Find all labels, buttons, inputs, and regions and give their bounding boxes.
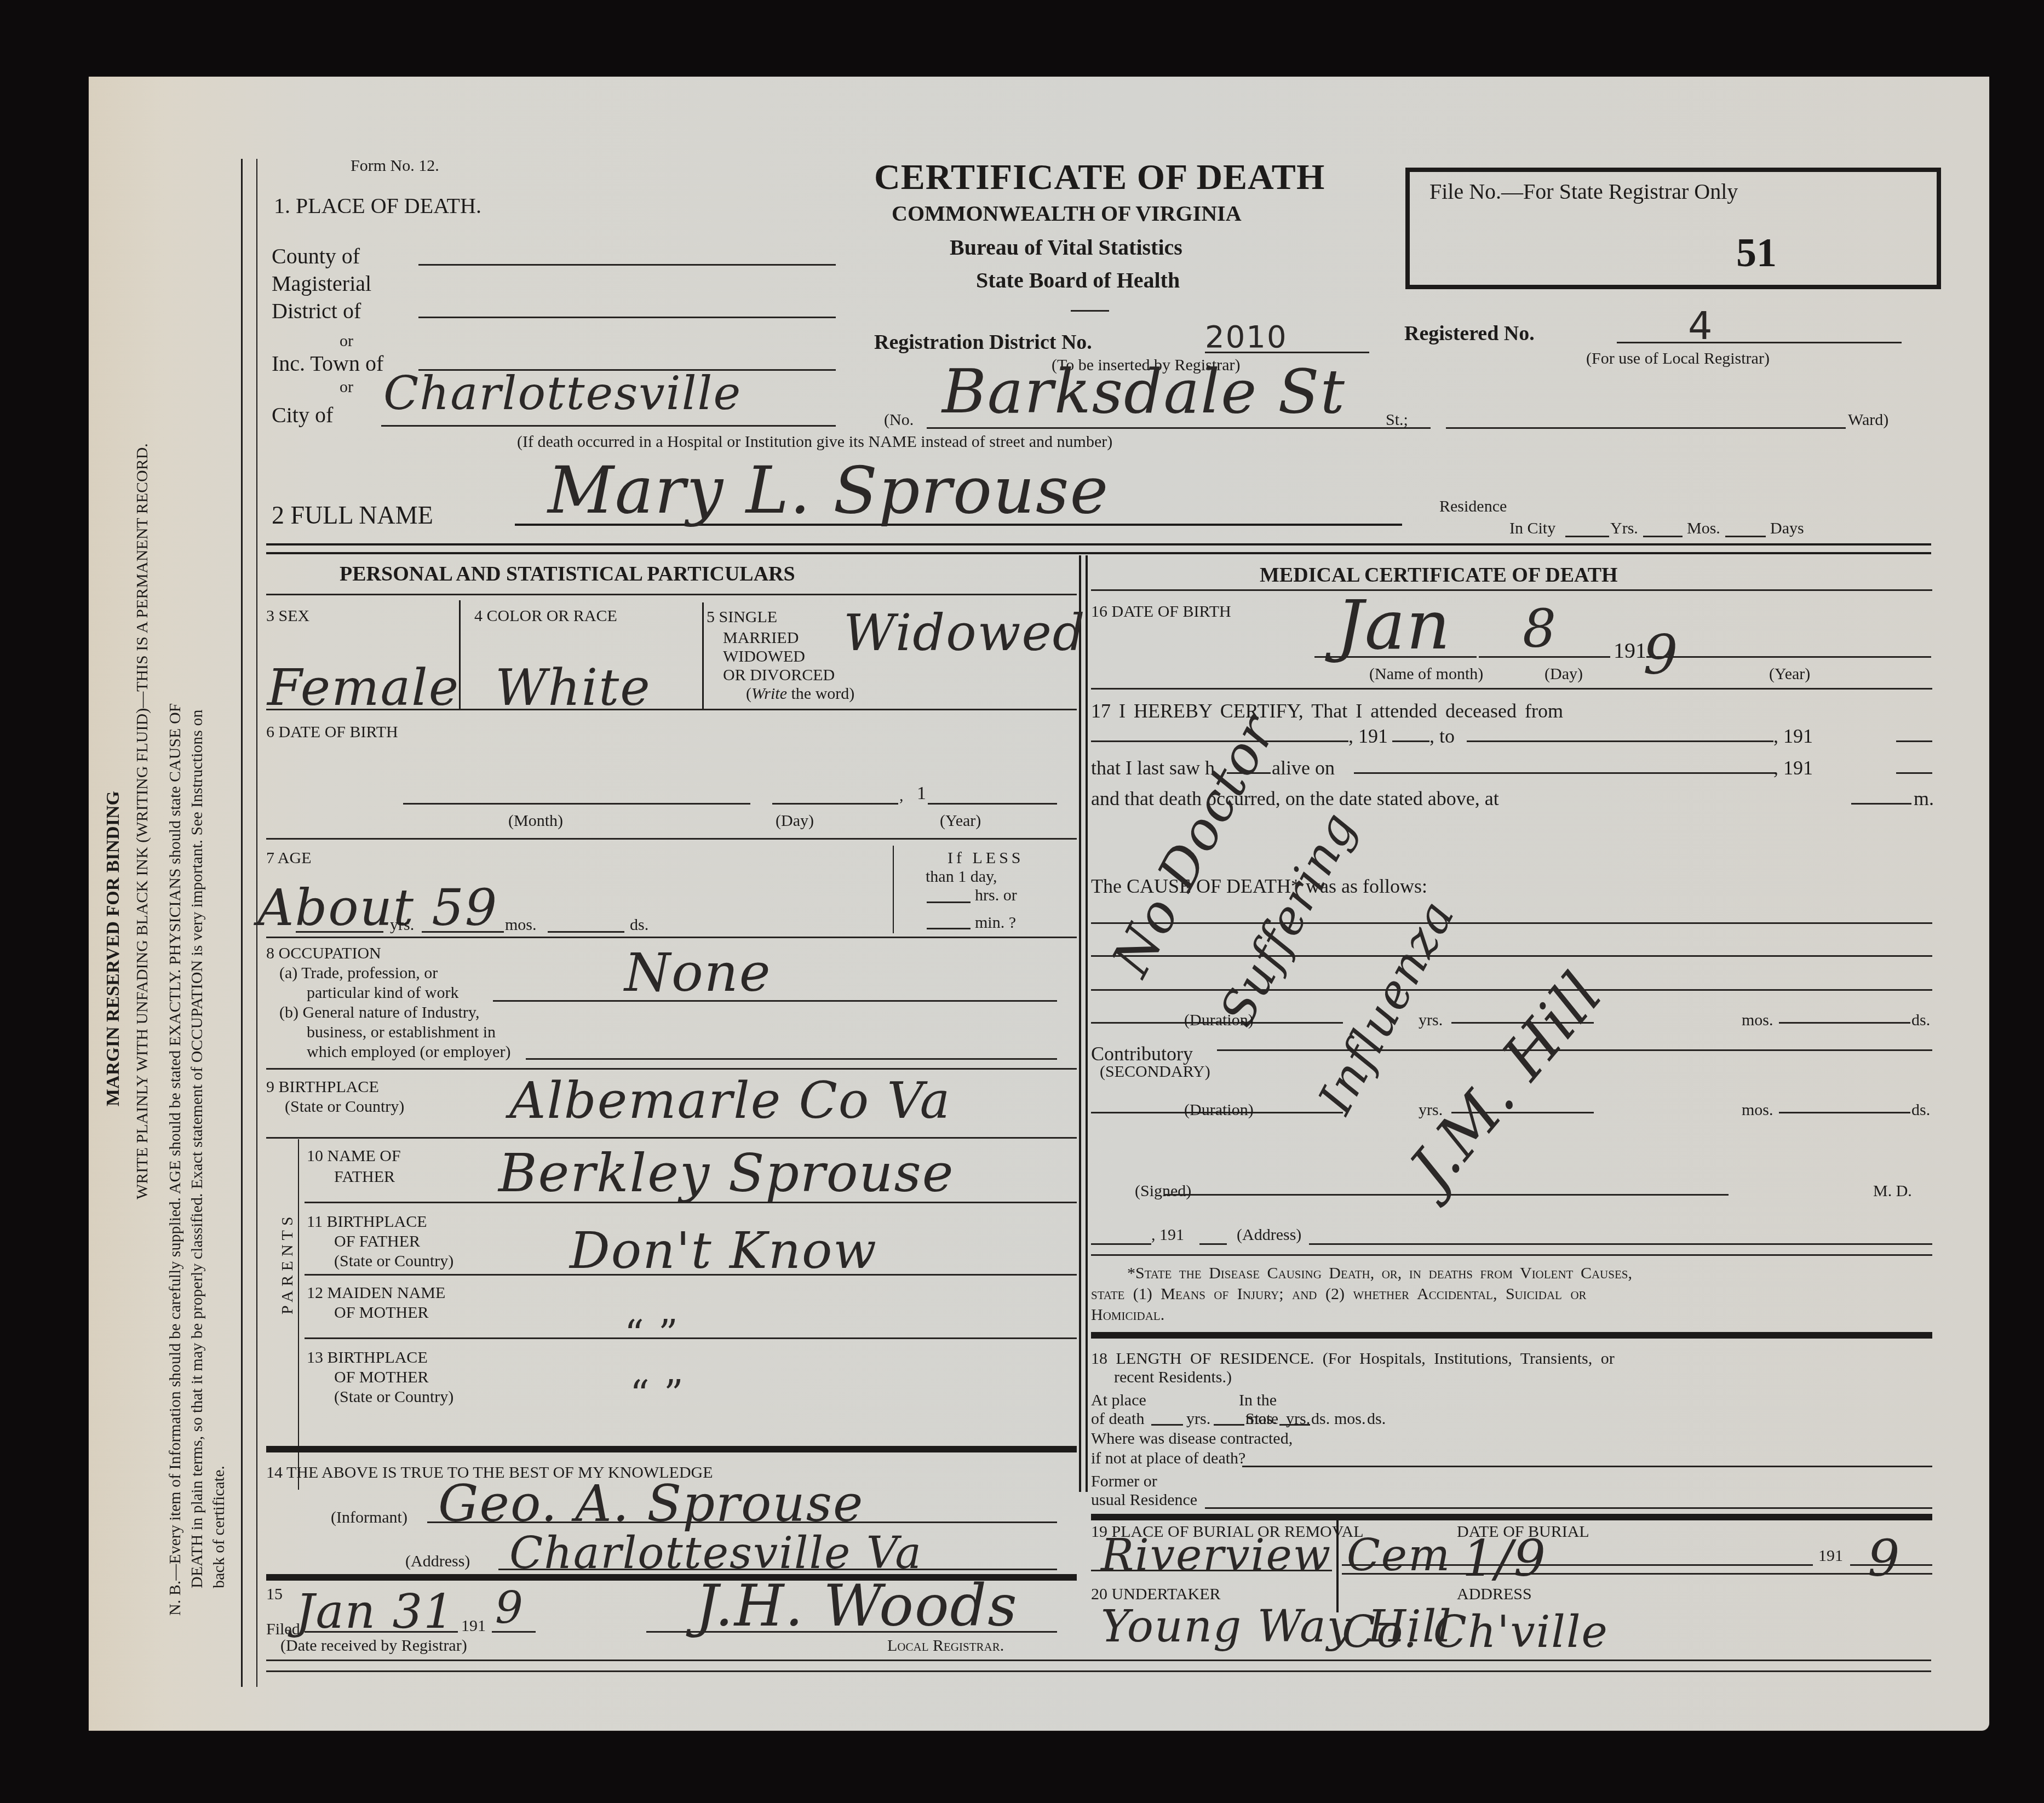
margin-nb-line1: N. B.—Every item of Information should b…: [167, 703, 183, 1616]
column-divider-left: [1079, 555, 1081, 1492]
row-rule-8: [305, 1202, 1077, 1203]
row-rule-4: [266, 838, 1077, 840]
medical-heading-rule: [1091, 589, 1932, 591]
less-hrs-line[interactable]: [927, 901, 971, 903]
age-ds-line[interactable]: [548, 931, 624, 933]
medical-rule-2: [1091, 688, 1932, 690]
cause-line-1[interactable]: [1091, 922, 1932, 924]
margin-nb-line3: back of certificate.: [211, 1466, 227, 1588]
father-label-1: 10 NAME OF: [307, 1148, 401, 1164]
where-contracted-label: Where was disease contracted,: [1091, 1431, 1293, 1447]
row-rule-6: [266, 1068, 1077, 1070]
medical-year-prefix: 191: [1614, 640, 1646, 662]
dob-day-caption: (Day): [776, 813, 814, 829]
medical-month-value[interactable]: Jan: [1336, 592, 1451, 659]
cause-line-3[interactable]: [1091, 989, 1932, 991]
occupation-b3: which employed (or employer): [307, 1044, 510, 1060]
registered-number-label: Registered No.: [1404, 323, 1535, 344]
signed-label: (Signed): [1135, 1183, 1191, 1199]
certify-191a-line[interactable]: [1392, 740, 1429, 742]
header-divider: [1071, 310, 1109, 312]
occupation-b-line[interactable]: [526, 1058, 1057, 1060]
birthplace-value[interactable]: Albemarle Co Va: [509, 1076, 951, 1126]
father-birthplace-value[interactable]: Don't Know: [570, 1226, 877, 1276]
county-label: County of: [272, 245, 360, 267]
burial-rule-2: [1342, 1573, 1932, 1575]
residence-label: Residence: [1439, 498, 1507, 515]
father-birthplace-label-2: OF FATHER: [334, 1233, 420, 1250]
informant-address-label: (Address): [405, 1553, 470, 1570]
section-divider-top-2: [266, 552, 1931, 554]
undertaker-label: 20 UNDERTAKER: [1091, 1586, 1221, 1603]
md-label: M. D.: [1873, 1183, 1912, 1199]
mother-value[interactable]: “ ”: [624, 1314, 679, 1353]
certify-alive-line[interactable]: [1354, 772, 1776, 774]
occupation-a-line[interactable]: [493, 1000, 1057, 1002]
row-rule-3: [266, 709, 1077, 710]
duration-2-ds-line[interactable]: [1779, 1112, 1910, 1113]
marital-divorced: OR DIVORCED: [723, 667, 835, 684]
residence-rule: [1091, 1332, 1932, 1339]
street-number-label: (No.: [884, 412, 914, 428]
mother-birthplace-value[interactable]: “ ”: [630, 1375, 685, 1413]
mother-label-1: 12 MAIDEN NAME: [307, 1285, 445, 1301]
ward-label: Ward): [1848, 412, 1888, 428]
certify-191a: , 191: [1348, 726, 1388, 746]
sex-label: 3 SEX: [266, 608, 309, 624]
footnote-line-1: *State the Disease Causing Death, or, in…: [1127, 1265, 1632, 1282]
street-value[interactable]: Barksdale St: [942, 361, 1346, 422]
dob-label: 6 DATE OF BIRTH: [266, 724, 398, 740]
certify-line-4: and that death occurred, on the date sta…: [1091, 789, 1499, 808]
column-divider-right: [1086, 555, 1088, 1492]
certificate-subtitle-board: State Board of Health: [976, 267, 1180, 293]
age-mos-line[interactable]: [422, 931, 504, 933]
occupation-b1: (b) General nature of Industry,: [279, 1004, 479, 1021]
inc-town-label: Inc. Town of: [272, 353, 383, 375]
personal-heading: PERSONAL AND STATISTICAL PARTICULARS: [340, 562, 795, 586]
mother-label-2: OF MOTHER: [334, 1305, 429, 1321]
length-of-residence-label: 18 LENGTH OF RESIDENCE. (For Hospitals, …: [1091, 1351, 1615, 1367]
full-name-label: 2 FULL NAME: [272, 503, 433, 528]
less-than-4: min. ?: [975, 915, 1016, 931]
sex-race-divider: [459, 600, 461, 709]
certify-to-line[interactable]: [1467, 740, 1773, 742]
bottom-rule-2: [266, 1670, 1931, 1672]
marital-note-write: Write: [751, 685, 787, 703]
medical-name-of-month: (Name of month): [1369, 666, 1483, 682]
dob-day-line[interactable]: [772, 803, 898, 805]
age-value[interactable]: About 59: [257, 883, 498, 933]
certify-line-1: 17 I HEREBY CERTIFY, That I attended dec…: [1091, 701, 1563, 721]
age-yrs-line[interactable]: [296, 931, 383, 933]
filed-label: Filed: [266, 1621, 300, 1638]
residence-mos-line[interactable]: [1643, 536, 1683, 537]
filed-date-value[interactable]: Jan 31: [296, 1588, 455, 1635]
former-label: Former or: [1091, 1473, 1157, 1490]
age-less-divider: [893, 846, 894, 933]
residence-days: Days: [1770, 520, 1804, 537]
parents-divider: [298, 1139, 299, 1490]
race-marital-divider: [702, 602, 704, 709]
row-rule-10: [305, 1337, 1077, 1339]
street-line[interactable]: [927, 427, 1431, 429]
father-value[interactable]: Berkley Sprouse: [498, 1147, 955, 1199]
state-label: State: [1245, 1411, 1278, 1427]
burial-rule: [1091, 1514, 1932, 1520]
cause-line-2[interactable]: [1091, 955, 1932, 957]
dob-month-caption: (Month): [508, 813, 563, 829]
medical-dob-label: 16 DATE OF BIRTH: [1091, 604, 1231, 620]
filed-year-digit[interactable]: 9: [495, 1586, 524, 1630]
or-label-2: or: [340, 379, 353, 395]
section-divider-top-1: [266, 543, 1931, 546]
medical-heading: MEDICAL CERTIFICATE OF DEATH: [1260, 563, 1618, 587]
magisterial-label: Magisterial: [272, 273, 371, 295]
footnote-rule: [1091, 1254, 1932, 1256]
informant-address-value[interactable]: Charlottesville Va: [509, 1531, 922, 1575]
row-rule-7: [266, 1137, 1077, 1139]
if-not-label: if not at place of death?: [1091, 1450, 1245, 1467]
burial-year-digit[interactable]: 9: [1868, 1534, 1901, 1584]
informant-label: (Informant): [331, 1509, 407, 1526]
full-name-value[interactable]: Mary L. Sprouse: [548, 458, 1109, 522]
margin-rule: [241, 159, 243, 1687]
medical-day-value[interactable]: 8: [1523, 602, 1557, 655]
duration-label-1: (Duration): [1184, 1012, 1254, 1029]
certify-191b: , 191: [1773, 726, 1813, 746]
dob-comma: ,: [899, 788, 904, 804]
usual-residence-label: usual Residence: [1091, 1492, 1197, 1508]
city-label: City of: [272, 404, 333, 426]
place-of-death-label: 1. PLACE OF DEATH.: [274, 195, 481, 217]
informant-rule: [266, 1446, 1077, 1452]
margin-ink-note: WRITE PLAINLY WITH UNFADING BLACK INK (W…: [134, 443, 151, 1199]
residence-yrs: Yrs.: [1610, 520, 1638, 537]
residence-yrs-line[interactable]: [1565, 536, 1609, 537]
burial-place-line[interactable]: [1091, 1570, 1332, 1571]
margin-binding-note: MARGIN RESERVED FOR BINDING: [104, 791, 123, 1106]
of-death-yrs-line[interactable]: [1151, 1424, 1183, 1426]
medical-year-line[interactable]: [1646, 656, 1931, 658]
certificate-subtitle-bureau: Bureau of Vital Statistics: [950, 234, 1182, 260]
duration-1-ds-line[interactable]: [1779, 1022, 1910, 1024]
of-death-label: of death: [1091, 1411, 1144, 1427]
mother-birthplace-label-1: 13 BIRTHPLACE: [307, 1350, 428, 1366]
mother-birthplace-label-2: OF MOTHER: [334, 1369, 429, 1386]
registrar-signature[interactable]: J.H. Woods: [696, 1577, 1018, 1634]
file-number-value[interactable]: 51: [1736, 230, 1777, 277]
state-ds: ds.: [1367, 1411, 1386, 1427]
district-label: District of: [272, 300, 361, 322]
burial-date-line[interactable]: [1342, 1564, 1813, 1566]
less-than-1: If LESS: [948, 850, 1024, 866]
county-line[interactable]: [418, 264, 836, 266]
father-label-2: FATHER: [334, 1169, 395, 1185]
sign-191-line[interactable]: [1199, 1243, 1227, 1245]
registered-number-value[interactable]: 4: [1688, 307, 1714, 345]
burial-date-value[interactable]: 1/9: [1462, 1534, 1547, 1584]
duration-2-mos: mos.: [1742, 1102, 1773, 1118]
race-value[interactable]: White: [495, 663, 651, 713]
usual-residence-line[interactable]: [1205, 1507, 1932, 1509]
sex-value[interactable]: Female: [267, 663, 460, 713]
bottom-rule-1: [266, 1660, 1931, 1661]
registered-number-note: (For use of Local Registrar): [1586, 351, 1770, 367]
certify-time-line[interactable]: [1851, 803, 1911, 805]
footnote-line-2: state (1) Means of Injury; and (2) wheth…: [1091, 1286, 1587, 1302]
occupation-a1: (a) Trade, profession, or: [279, 965, 438, 981]
medical-year-caption: (Year): [1769, 666, 1810, 682]
state-yrs: yrs.: [1286, 1411, 1310, 1427]
margin-nb-line2: DEATH in plain terms, so that it may be …: [189, 710, 205, 1588]
row-rule-5: [266, 937, 1077, 938]
marital-note-open: (: [746, 685, 751, 703]
filed-note: (Date received by Registrar): [280, 1638, 467, 1654]
dob-month-line[interactable]: [403, 803, 750, 805]
age-mos: mos.: [505, 917, 537, 933]
of-death-yrs: yrs.: [1186, 1411, 1210, 1427]
occupation-a2: particular kind of work: [307, 985, 458, 1001]
marital-note-close: the word): [787, 685, 854, 703]
of-death-mos-line[interactable]: [1214, 1424, 1244, 1426]
less-min-line[interactable]: [927, 928, 971, 929]
duration-2-ds: ds.: [1911, 1102, 1930, 1118]
marital-single: 5 SINGLE: [707, 609, 777, 625]
hospital-note: (If death occurred in a Hospital or Inst…: [517, 434, 1112, 450]
informant-value[interactable]: Geo. A. Sprouse: [438, 1479, 864, 1529]
residence-in-city: In City: [1509, 520, 1555, 537]
city-line[interactable]: [381, 425, 836, 427]
race-label: 4 COLOR OR RACE: [474, 608, 617, 624]
if-not-line[interactable]: [1242, 1466, 1932, 1467]
city-value[interactable]: Charlottesville: [383, 370, 742, 416]
footnote-line-3: Homicidal.: [1091, 1307, 1164, 1323]
father-birthplace-label-1: 11 BIRTHPLACE: [307, 1214, 427, 1230]
sign-date-line[interactable]: [1091, 1243, 1151, 1245]
parents-label: PARENTS: [279, 1212, 296, 1314]
mother-birthplace-label-3: (State or Country): [334, 1389, 453, 1405]
sign-address-label: (Address): [1237, 1227, 1301, 1243]
row-rule-9: [305, 1274, 1077, 1276]
at-place-label: At place: [1091, 1392, 1146, 1409]
registration-district-value[interactable]: 2010: [1205, 322, 1288, 353]
length-of-residence-label-2: recent Residents.): [1114, 1369, 1232, 1386]
burial-year-prefix: 191: [1818, 1548, 1843, 1564]
occupation-value[interactable]: None: [624, 946, 771, 999]
less-than-2: than 1 day,: [926, 869, 997, 885]
marital-widowed: WIDOWED: [723, 648, 805, 665]
contributory-label: Contributory: [1091, 1044, 1193, 1064]
less-than-3: hrs. or: [975, 887, 1017, 904]
certify-to: , to: [1429, 726, 1455, 746]
marital-value[interactable]: Widowed: [843, 608, 1086, 658]
occupation-label: 8 OCCUPATION: [266, 945, 381, 962]
occupation-b2: business, or establishment in: [307, 1024, 496, 1041]
ward-line[interactable]: [1446, 427, 1846, 429]
certificate-title: CERTIFICATE OF DEATH: [874, 157, 1325, 198]
birthplace-sub: (State or Country): [285, 1099, 404, 1115]
filed-year-prefix: 191: [461, 1618, 486, 1634]
certify-m: m.: [1914, 789, 1934, 808]
dob-century: 1: [917, 784, 926, 803]
in-the-label: In the: [1239, 1392, 1277, 1409]
certificate-subtitle-commonwealth: COMMONWEALTH OF VIRGINIA: [892, 200, 1242, 226]
certify-191b-line[interactable]: [1896, 740, 1932, 742]
state-mos: mos.: [1334, 1411, 1366, 1427]
birthplace-label: 9 BIRTHPLACE: [266, 1079, 379, 1095]
sign-address-line[interactable]: [1309, 1243, 1932, 1245]
dob-year-line[interactable]: [928, 803, 1057, 805]
certify-line-3b: alive on: [1272, 758, 1335, 778]
street-st-label: St.;: [1386, 412, 1408, 428]
dob-year-caption: (Year): [940, 813, 981, 829]
certify-191c: , 191: [1773, 758, 1813, 778]
file-number-label: File No.—For State Registrar Only: [1429, 181, 1738, 203]
age-ds: ds.: [630, 917, 648, 933]
filed-number: 15: [266, 1586, 283, 1603]
undertaker-address-label: ADDRESS: [1457, 1586, 1532, 1603]
undertaker-address-value[interactable]: Co. Ch'ville: [1342, 1610, 1609, 1654]
form-number: Form No. 12.: [351, 158, 439, 174]
age-yrs: yrs.: [390, 917, 414, 933]
age-label: 7 AGE: [266, 850, 312, 866]
duration-1-ds: ds.: [1911, 1012, 1930, 1029]
medical-year-digit[interactable]: 9: [1643, 628, 1679, 682]
registered-number-line: [1617, 342, 1902, 343]
registrar-label: Local Registrar.: [887, 1638, 1004, 1654]
sign-191: , 191: [1151, 1227, 1184, 1243]
personal-heading-rule: [266, 594, 1077, 595]
of-death-ds: ds.: [1311, 1411, 1330, 1427]
marital-note: (Write the word): [746, 686, 854, 702]
father-birthplace-label-3: (State or Country): [334, 1253, 453, 1270]
medical-day-caption: (Day): [1545, 666, 1583, 682]
duration-label-2: (Duration): [1184, 1102, 1254, 1118]
residence-days-line[interactable]: [1725, 536, 1766, 537]
marital-married: MARRIED: [723, 630, 799, 646]
duration-1-yrs: yrs.: [1419, 1012, 1443, 1029]
residence-mos: Mos.: [1687, 520, 1720, 537]
certify-191c-line[interactable]: [1896, 772, 1932, 774]
duration-1-mos: mos.: [1742, 1012, 1773, 1029]
secondary-label: (SECONDARY): [1100, 1064, 1210, 1080]
district-line[interactable]: [418, 317, 836, 318]
registration-district-label: Registration District No.: [874, 332, 1092, 353]
or-label-1: or: [340, 333, 353, 349]
